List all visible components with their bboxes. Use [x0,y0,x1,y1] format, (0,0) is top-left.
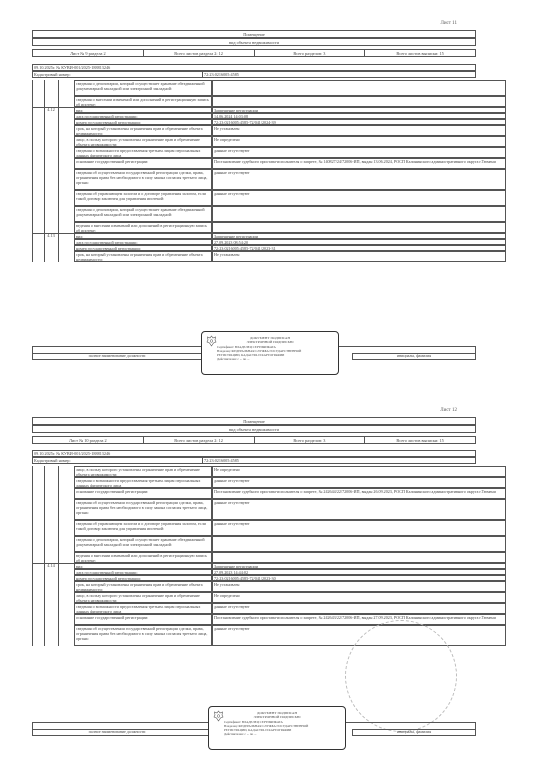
table-row: ведения о внесении изменений или дополне… [32,222,476,233]
field-label: сведения о возможности предоставления тр… [74,147,212,158]
sheet-number: Лист 11 [440,21,457,26]
field-label: лицо, в пользу которого установлены огра… [74,592,212,603]
sheet-12: Лист 12 Помещение вид объекта недвижимос… [0,400,543,768]
cadastral-value: 72:23:0216005:4585 [203,72,239,77]
request-number: 09.10.2025г. № КУВИ-001/2025-188813246 [32,64,476,71]
field-label: сведения о внесении изменений или дополн… [74,96,212,107]
bailiff-seal [345,620,457,732]
field-value: Не определено [212,466,506,477]
table-row: сведения о депозитарии, который осуществ… [32,206,476,222]
total-section-sheets: Всего листов раздела 2: 12 [144,437,255,443]
entry-divider [32,563,74,564]
table-row: сведения об управляющем залогом и о дого… [32,520,476,536]
field-label: сведения об управляющем залогом и о дого… [74,190,212,206]
field-value: Постановление судебного пристава-исполни… [212,158,506,169]
esig-line-6: Действителен: с ... по ... [202,357,338,361]
total-extract-sheets: Всего листов выписки: 15 [365,50,475,56]
cadastral-label: Кадастровый номер: [33,72,203,77]
object-subtitle: вид объекта недвижимости [32,425,476,433]
table-row: сведения о депозитарии, который осуществ… [32,80,476,96]
field-label: лицо, в пользу которого установлены огра… [74,136,212,147]
column-rule [58,466,59,646]
position-caption: полное наименование должности [32,729,202,735]
sheet-11: Лист 11 Помещение вид объекта недвижимос… [0,0,543,395]
position-caption: полное наименование должности [32,353,202,359]
field-label: срок, на который установлены ограничения… [74,581,212,592]
field-value: Не определено [212,592,506,603]
field-label: сведения о депозитарии, который осуществ… [74,536,212,552]
column-rule [58,80,59,262]
column-rule [32,466,33,646]
table-row: сведения об осуществлении государственно… [32,169,476,190]
field-value [212,222,506,233]
field-label: сведения об управляющем залогом и о дого… [74,520,212,536]
table-row: основание государственной регистрации:По… [32,488,476,499]
field-value: Постановление судебного пристава-исполни… [212,614,506,625]
field-label: ведения о внесении изменений или дополне… [74,552,212,563]
field-label: сведения о возможности предоставления тр… [74,477,212,488]
e-signature-stamp: ДОКУМЕНТ ПОДПИСАН ЭЛЕКТРОННОЙ ПОДПИСЬЮ С… [208,706,346,750]
sheet-meta: Лист № 9 раздела 2 Всего листов раздела … [32,49,476,57]
cadastral-value: 72:23:0216005:4585 [203,458,239,463]
sheet-in-section: Лист № 9 раздела 2 [33,50,144,56]
field-label: ведения о внесении изменений или дополне… [74,222,212,233]
object-title: Помещение [32,417,476,425]
field-value: Не установлен [212,581,506,592]
field-value [212,96,506,107]
field-value: Не установлен [212,251,506,262]
table-row: ведения о внесении изменений или дополне… [32,552,476,563]
field-label: срок, на который установлены ограничения… [74,125,212,136]
total-sections: Всего разделов: 3 [255,437,366,443]
request-number: 09.10.2025г. № КУВИ-001/2025-188813246 [32,450,476,457]
esig-line-6: Действителен: с ... по ... [209,732,345,736]
table-row: сведения о возможности предоставления тр… [32,603,476,614]
total-sections: Всего разделов: 3 [255,50,366,56]
cadastral-label: Кадастровый номер: [33,458,203,463]
table-row: лицо, в пользу которого установлены огра… [32,136,476,147]
sheet-number: Лист 12 [440,408,457,413]
total-section-sheets: Всего листов раздела 2: 12 [144,50,255,56]
field-label: сведения об осуществлении государственно… [74,499,212,520]
field-label: сведения о возможности предоставления тр… [74,603,212,614]
name-caption: инициалы, фамилия [352,353,476,359]
field-label: срок, на который установлены ограничения… [74,251,212,262]
field-value: данные отсутствуют [212,169,506,190]
table-row: лицо, в пользу которого установлены огра… [32,592,476,603]
field-label: сведения об осуществлении государственно… [74,169,212,190]
field-label: сведения о депозитарии, который осуществ… [74,206,212,222]
table-row: основание государственной регистрации:По… [32,158,476,169]
field-label: лицо, в пользу которого установлены огра… [74,466,212,477]
field-value: данные отсутствуют [212,477,506,488]
entry-divider [32,107,74,108]
field-label: основание государственной регистрации: [74,158,212,169]
name-caption: инициалы, фамилия [352,729,476,735]
field-label: основание государственной регистрации: [74,614,212,625]
table-row: срок, на который установлены ограничения… [32,251,476,262]
table-row: сведения о возможности предоставления тр… [32,147,476,158]
object-subtitle: вид объекта недвижимости [32,38,476,46]
sheet-in-section: Лист № 10 раздела 2 [33,437,144,443]
cadastral-row: Кадастровый номер: 72:23:0216005:4585 [32,71,476,78]
field-value [212,206,506,222]
table-row: сведения об управляющем залогом и о дого… [32,190,476,206]
field-label: сведения о депозитарии, который осуществ… [74,80,212,96]
field-value: данные отсутствуют [212,190,506,206]
column-rule [44,466,45,646]
column-rule [44,80,45,262]
field-label: сведения об осуществлении государственно… [74,625,212,646]
field-value: Не определено [212,136,506,147]
field-value [212,536,506,552]
table-row: сведения о возможности предоставления тр… [32,477,476,488]
field-value: данные отсутствуют [212,147,506,158]
object-title: Помещение [32,30,476,38]
field-value: данные отсутствуют [212,499,506,520]
table-row: сведения об осуществлении государственно… [32,499,476,520]
table-row: лицо, в пользу которого установлены огра… [32,466,476,477]
field-value [212,80,506,96]
table-row: срок, на который установлены ограничения… [32,581,476,592]
coat-of-arms-icon [206,335,217,347]
coat-of-arms-icon [213,710,224,722]
field-value: Не установлен [212,125,506,136]
table-row: срок, на который установлены ограничения… [32,125,476,136]
total-extract-sheets: Всего листов выписки: 15 [365,437,475,443]
field-value: данные отсутствуют [212,520,506,536]
field-value [212,552,506,563]
field-value: данные отсутствуют [212,603,506,614]
table-row: сведения о депозитарии, который осуществ… [32,536,476,552]
entry-divider [32,233,74,234]
e-signature-stamp: ДОКУМЕНТ ПОДПИСАН ЭЛЕКТРОННОЙ ПОДПИСЬЮ С… [201,331,339,375]
table-row: сведения о внесении изменений или дополн… [32,96,476,107]
column-rule [32,80,33,262]
sheet-meta: Лист № 10 раздела 2 Всего листов раздела… [32,436,476,444]
field-value: Постановление судебного пристава-исполни… [212,488,506,499]
field-label: основание государственной регистрации: [74,488,212,499]
cadastral-row: Кадастровый номер: 72:23:0216005:4585 [32,457,476,464]
